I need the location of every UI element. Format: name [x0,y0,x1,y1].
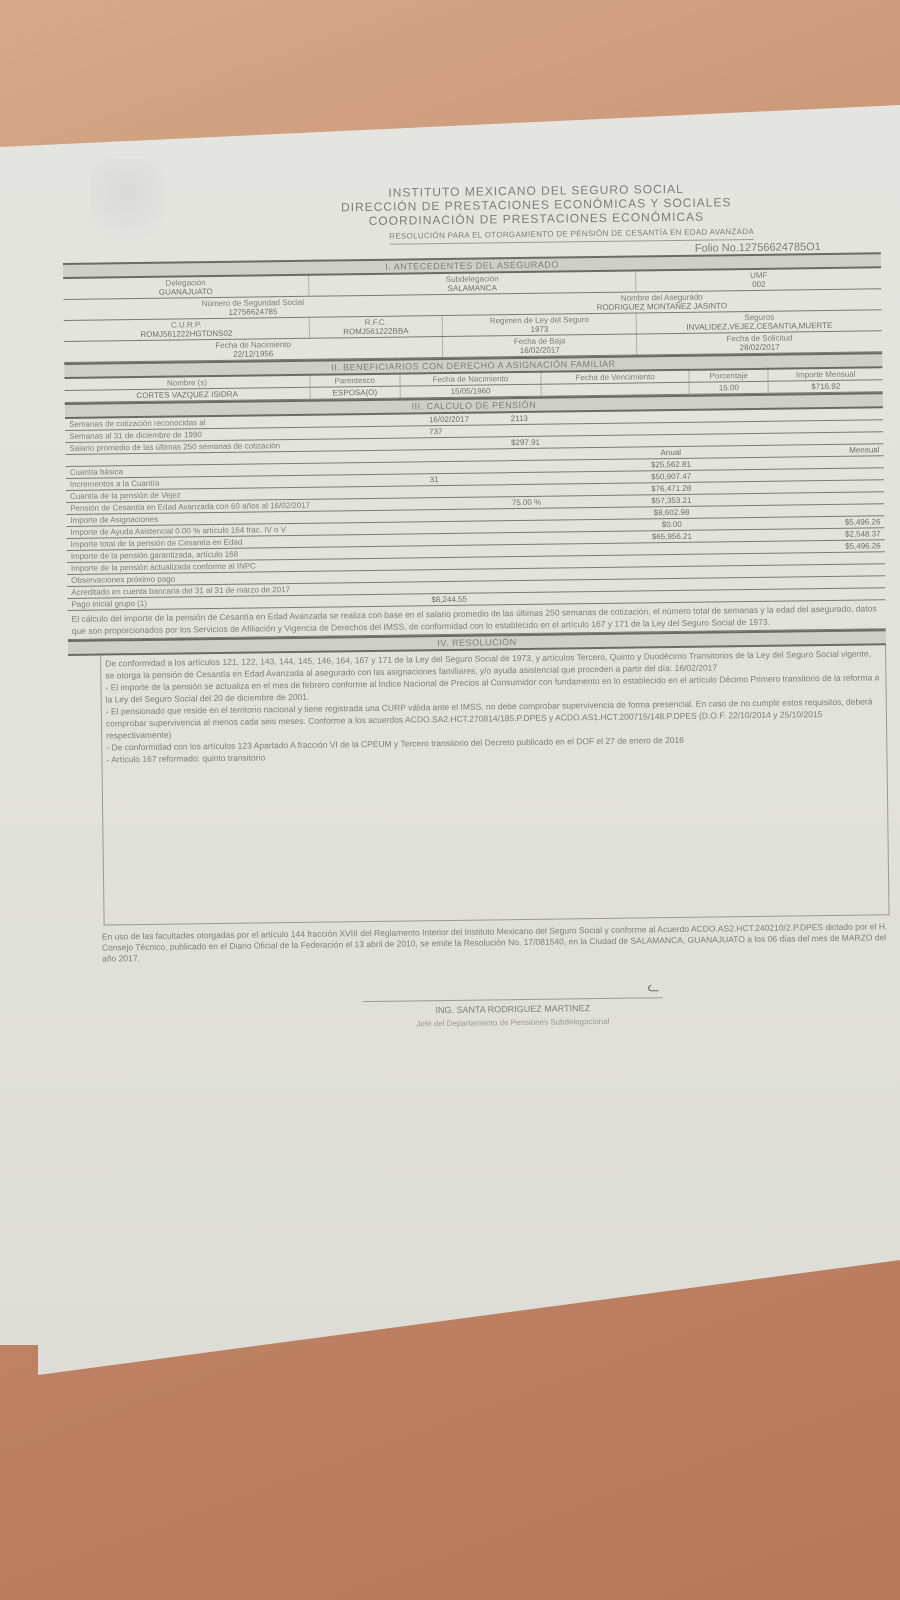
column-header: Porcentaje [689,369,768,383]
calc-mid [426,485,508,498]
document-header: INSTITUTO MEXICANO DEL SEGURO SOCIAL DIR… [62,179,881,249]
imss-logo-icon [90,159,165,244]
beneficiary-percentage: 15.00 [689,381,768,394]
calc-mid [425,461,507,474]
calc-value [509,591,607,604]
pension-resolution-document: INSTITUTO MEXICANO DEL SEGURO SOCIAL DIR… [62,179,891,1033]
signature-block: ᓚ ING. SANTA RODRIGUEZ MARTINEZ Jefe del… [363,997,663,1029]
rfc-value: ROMJ561222BBA [314,326,438,337]
signer-name: ING. SANTA RODRIGUEZ MARTINEZ [363,1002,663,1016]
regimen-value: 1973 [447,324,632,335]
signature-mark-icon: ᓚ [647,978,659,995]
calc-mid [426,521,508,534]
calc-mid [426,497,508,510]
calc-mid [426,533,508,546]
beneficiary-relation: ESPOSA(O) [310,386,400,399]
calc-mid [425,449,507,462]
column-header: Parentesco [310,374,400,388]
calc-annual [607,590,738,604]
footer-text: En uso de las facultades otorgadas por e… [102,921,890,964]
solicitud-value: 28/02/2017 [641,341,878,353]
section-calculo: III. CALCULO DE PENSIÓN Semanas de cotiz… [65,392,886,611]
section-antecedentes: I. ANTECEDENTES DEL ASEGURADO Delegación… [63,252,882,363]
calc-mid: 16/02/2017 [425,412,507,426]
calc-mid [427,557,509,570]
calc-mid: 737 [425,425,507,438]
resolution-text: De conformidad a los artículos 121, 122,… [100,645,889,925]
calc-mid [425,437,507,450]
calc-mid: $8,244.55 [427,593,509,606]
calc-mid [427,569,509,582]
calc-mid [427,581,509,594]
calc-mid [426,509,508,522]
baja-value: 16/02/2017 [447,345,632,356]
calc-mid [427,545,509,558]
beneficiary-amount: $716.92 [768,380,882,393]
calc-mid: 31 [426,473,508,486]
